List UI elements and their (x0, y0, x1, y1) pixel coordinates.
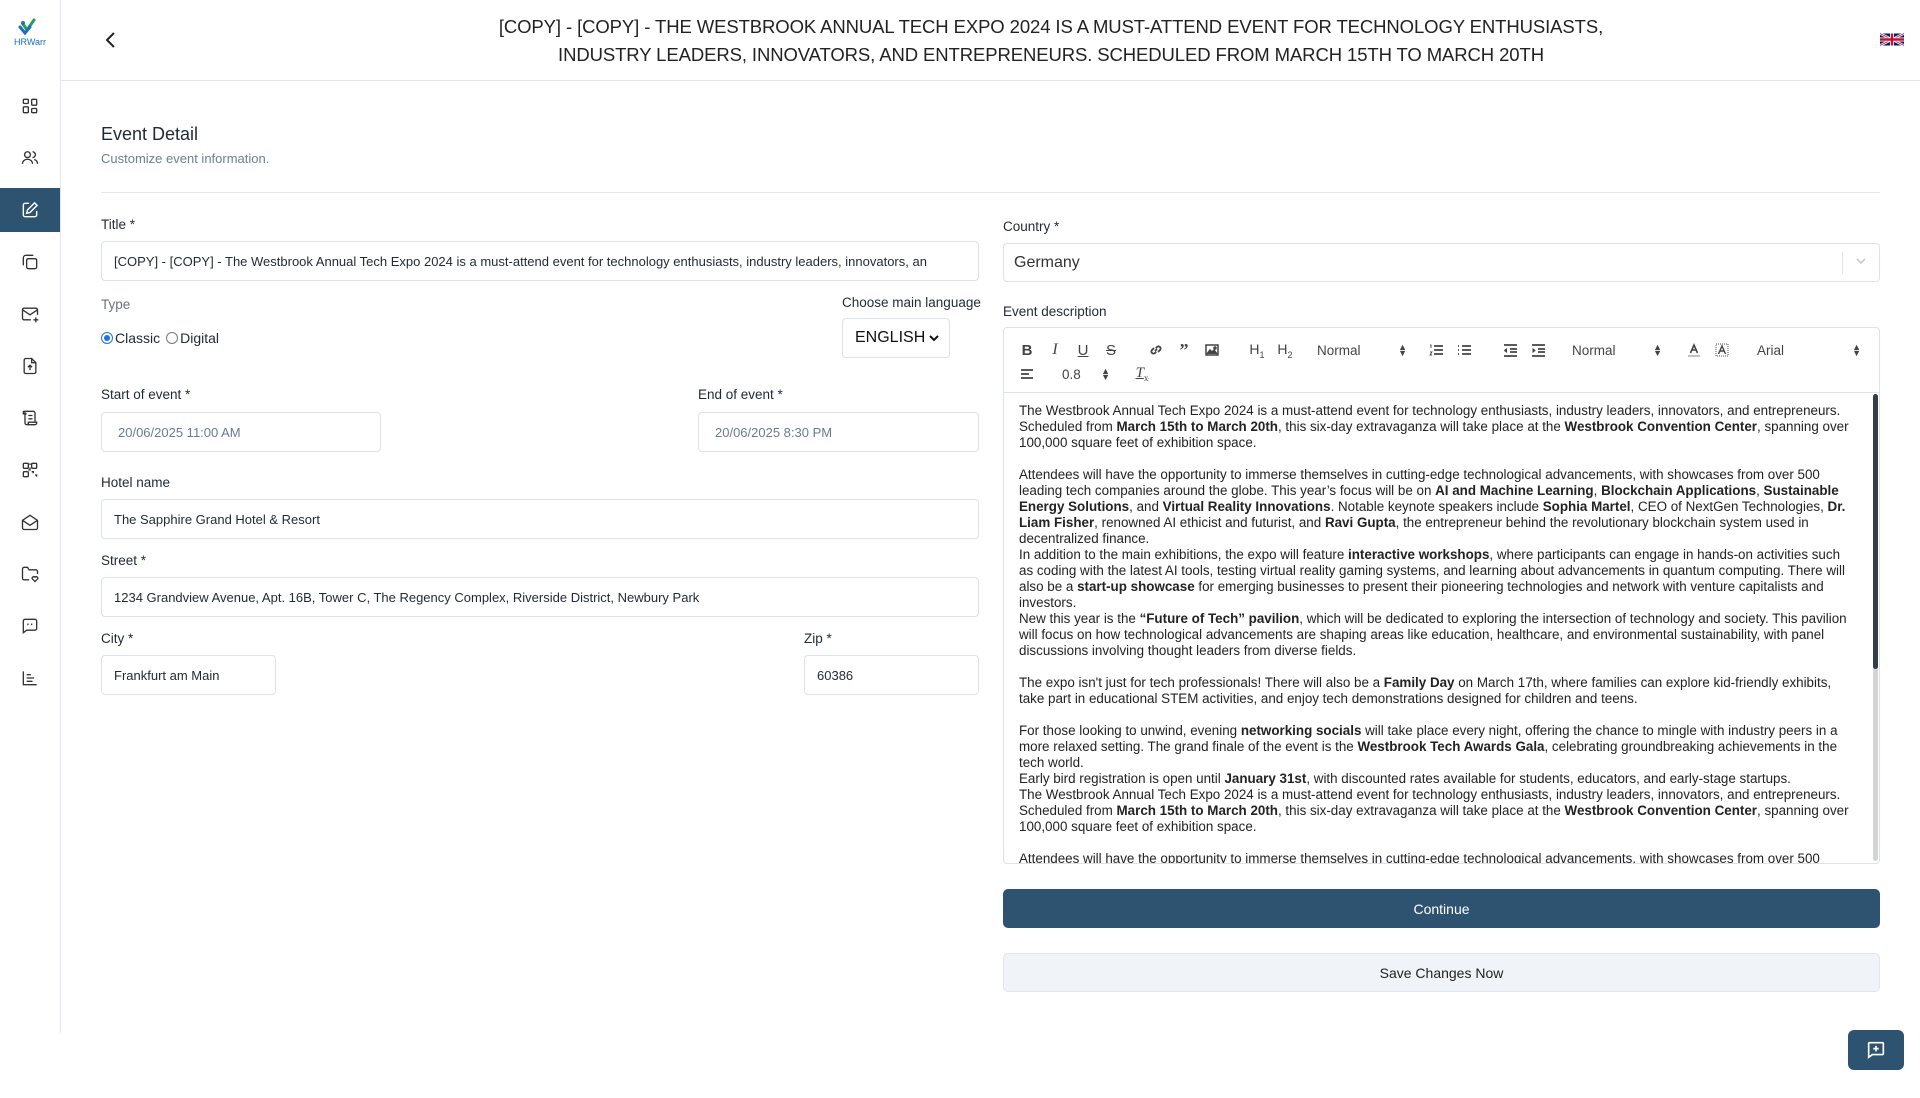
start-label: Start of event * (101, 387, 190, 402)
description-paragraph: In addition to the main exhibitions, the… (1019, 547, 1856, 611)
highlight-color-icon (1714, 342, 1730, 358)
zip-label: Zip * (804, 631, 832, 646)
description-paragraph: The expo isn't just for tech professiona… (1019, 675, 1856, 707)
description-label: Event description (1003, 304, 1107, 319)
rich-text-editor: B I U S ” H1 H2 Normal ▲▼ Normal ▲▼ (1003, 327, 1880, 864)
type-option-label: Digital (180, 330, 219, 346)
description-paragraph: Attendees will have the opportunity to i… (1019, 851, 1856, 863)
italic-button[interactable]: I (1046, 340, 1064, 360)
message-quote-icon (20, 616, 40, 636)
edit-square-icon (20, 200, 40, 220)
up-down-arrows-icon: ▲▼ (1653, 344, 1662, 356)
bar-chart-icon (20, 668, 40, 688)
h2-icon: H2 (1277, 341, 1292, 360)
line-height-picker[interactable]: 0.8 ▲▼ (1062, 364, 1110, 384)
editor-toolbar: B I U S ” H1 H2 Normal ▲▼ Normal ▲▼ (1004, 328, 1879, 393)
language-value: ENGLISH (855, 329, 925, 347)
blockquote-button[interactable]: ” (1175, 340, 1193, 360)
bullet-list-button[interactable] (1455, 340, 1473, 360)
outdent-icon (1502, 342, 1518, 358)
up-down-arrows-icon: ▲▼ (1852, 344, 1861, 356)
title-input[interactable]: [COPY] - [COPY] - The Westbrook Annual T… (101, 241, 979, 281)
radio-button-checked[interactable] (101, 332, 113, 344)
end-label: End of event * (698, 387, 783, 402)
sidebar-item-mail-open[interactable] (0, 500, 60, 544)
sidebar-item-mail-add[interactable] (0, 292, 60, 336)
text-color-button[interactable] (1685, 340, 1703, 360)
title-label: Title * (101, 217, 135, 232)
bold-button[interactable]: B (1018, 340, 1036, 360)
sidebar-item-copy[interactable] (0, 240, 60, 284)
strikethrough-icon: S (1106, 342, 1116, 359)
back-button[interactable] (99, 26, 123, 54)
folder-heart-icon (20, 564, 40, 584)
type-radio-digital[interactable]: Digital (166, 330, 219, 346)
description-paragraph: For those looking to unwind, evening net… (1019, 723, 1856, 771)
page-title-line-2: INDUSTRY LEADERS, INNOVATORS, AND ENTREP… (441, 41, 1661, 69)
copy-icon (20, 252, 40, 272)
clear-format-icon: Tx (1136, 365, 1149, 383)
sidebar-item-qr-code[interactable] (0, 448, 60, 492)
bullet-list-icon (1456, 342, 1472, 358)
background-color-button[interactable] (1713, 340, 1731, 360)
outdent-button[interactable] (1501, 340, 1519, 360)
language-select[interactable]: ENGLISH (842, 318, 950, 358)
editor-scrollbar-thumb[interactable] (1873, 394, 1878, 669)
qr-code-icon (20, 460, 40, 480)
description-paragraph: The Westbrook Annual Tech Expo 2024 is a… (1019, 787, 1856, 835)
up-down-arrows-icon: ▲▼ (1101, 368, 1110, 380)
link-button[interactable] (1147, 340, 1165, 360)
header-picker-value: Normal (1317, 343, 1361, 358)
city-input[interactable]: Frankfurt am Main (101, 655, 276, 695)
description-paragraph: Early bird registration is open until Ja… (1019, 771, 1856, 787)
editor-scrollbar[interactable] (1873, 394, 1878, 861)
app-logo[interactable]: HRWarr (10, 18, 50, 50)
up-down-arrows-icon: ▲▼ (1398, 344, 1407, 356)
zip-input[interactable]: 60386 (804, 655, 979, 695)
language-label: Choose main language (842, 295, 981, 310)
heading-1-button[interactable]: H1 (1246, 340, 1268, 360)
sidebar-item-dashboard[interactable] (0, 84, 60, 128)
underline-button[interactable]: U (1074, 340, 1092, 360)
end-date-input[interactable]: 20/06/2025 8:30 PM (698, 412, 979, 452)
section-divider (101, 192, 1880, 193)
h1-icon: H1 (1249, 341, 1264, 360)
line-height-value: 0.8 (1062, 367, 1081, 382)
street-input[interactable]: 1234 Grandview Avenue, Apt. 16B, Tower C… (101, 577, 979, 617)
feedback-fab-button[interactable] (1848, 1030, 1904, 1070)
indent-icon (1530, 342, 1546, 358)
svg-text:HRWarr: HRWarr (14, 37, 46, 47)
start-date-input[interactable]: 20/06/2025 11:00 AM (101, 412, 381, 452)
page-title: [COPY] - [COPY] - THE WESTBROOK ANNUAL T… (441, 13, 1661, 69)
link-icon (1148, 342, 1164, 358)
sidebar-item-users[interactable] (0, 136, 60, 180)
sidebar-item-edit-event[interactable] (0, 188, 60, 232)
ordered-list-button[interactable] (1427, 340, 1445, 360)
top-bar: [COPY] - [COPY] - THE WESTBROOK ANNUAL T… (61, 0, 1920, 81)
sidebar-item-feedback[interactable] (0, 604, 60, 648)
radio-button[interactable] (166, 332, 178, 344)
page-title-line-1: [COPY] - [COPY] - THE WESTBROOK ANNUAL T… (441, 13, 1661, 41)
image-button[interactable] (1203, 340, 1221, 360)
chevron-down-icon (1855, 255, 1867, 267)
size-picker[interactable]: Normal ▲▼ (1572, 340, 1662, 360)
indent-button[interactable] (1529, 340, 1547, 360)
file-upload-icon (20, 356, 40, 376)
underline-icon: U (1078, 342, 1089, 359)
size-picker-value: Normal (1572, 343, 1616, 358)
quote-icon: ” (1180, 340, 1189, 361)
clear-format-button[interactable]: Tx (1133, 364, 1151, 384)
uk-flag-icon (1880, 32, 1904, 47)
type-label: Type (101, 297, 130, 312)
country-select[interactable]: Germany (1003, 243, 1880, 282)
mail-plus-icon (20, 304, 40, 324)
sidebar-item-statistics[interactable] (0, 656, 60, 700)
dashboard-grid-icon (20, 96, 40, 116)
street-label: Street * (101, 553, 146, 568)
description-paragraph: New this year is the “Future of Tech” pa… (1019, 611, 1856, 659)
country-value: Germany (1014, 254, 1080, 272)
message-plus-icon (1865, 1039, 1887, 1061)
ordered-list-icon (1428, 342, 1444, 358)
select-separator (1842, 252, 1843, 274)
save-changes-button[interactable]: Save Changes Now (1003, 953, 1880, 992)
sidebar: HRWarr (0, 0, 61, 1033)
bold-icon: B (1022, 342, 1033, 359)
continue-button[interactable]: Continue (1003, 889, 1880, 928)
users-icon (20, 148, 40, 168)
italic-icon: I (1052, 341, 1057, 359)
scroll-icon (20, 408, 40, 428)
editor-content-area[interactable]: The Westbrook Annual Tech Expo 2024 is a… (1004, 394, 1871, 863)
section-title: Event Detail (101, 124, 198, 145)
header-picker[interactable]: Normal ▲▼ (1317, 340, 1407, 360)
city-label: City * (101, 631, 133, 646)
section-subtitle: Customize event information. (101, 151, 269, 166)
description-paragraph: Attendees will have the opportunity to i… (1019, 467, 1856, 547)
chevron-left-icon (104, 31, 118, 49)
sidebar-item-folder-favorite[interactable] (0, 552, 60, 596)
country-label: Country * (1003, 219, 1059, 234)
type-radio-classic[interactable]: Classic (101, 330, 160, 346)
type-radio-group: Classic Digital (101, 330, 219, 346)
heading-2-button[interactable]: H2 (1274, 340, 1296, 360)
sidebar-item-file-upload[interactable] (0, 344, 60, 388)
image-icon (1204, 342, 1220, 358)
font-picker[interactable]: Arial ▲▼ (1757, 340, 1861, 360)
type-option-label: Classic (115, 330, 160, 346)
language-switcher[interactable] (1880, 32, 1904, 47)
strike-button[interactable]: S (1102, 340, 1120, 360)
text-color-icon (1686, 342, 1702, 358)
font-picker-value: Arial (1757, 343, 1784, 358)
hotel-label: Hotel name (101, 475, 170, 490)
align-button[interactable] (1018, 364, 1036, 384)
align-left-icon (1019, 366, 1035, 382)
chevron-down-icon (929, 334, 939, 342)
mail-open-icon (20, 512, 40, 532)
hotel-input[interactable]: The Sapphire Grand Hotel & Resort (101, 499, 979, 539)
sidebar-item-script[interactable] (0, 396, 60, 440)
description-paragraph: The Westbrook Annual Tech Expo 2024 is a… (1019, 403, 1856, 451)
